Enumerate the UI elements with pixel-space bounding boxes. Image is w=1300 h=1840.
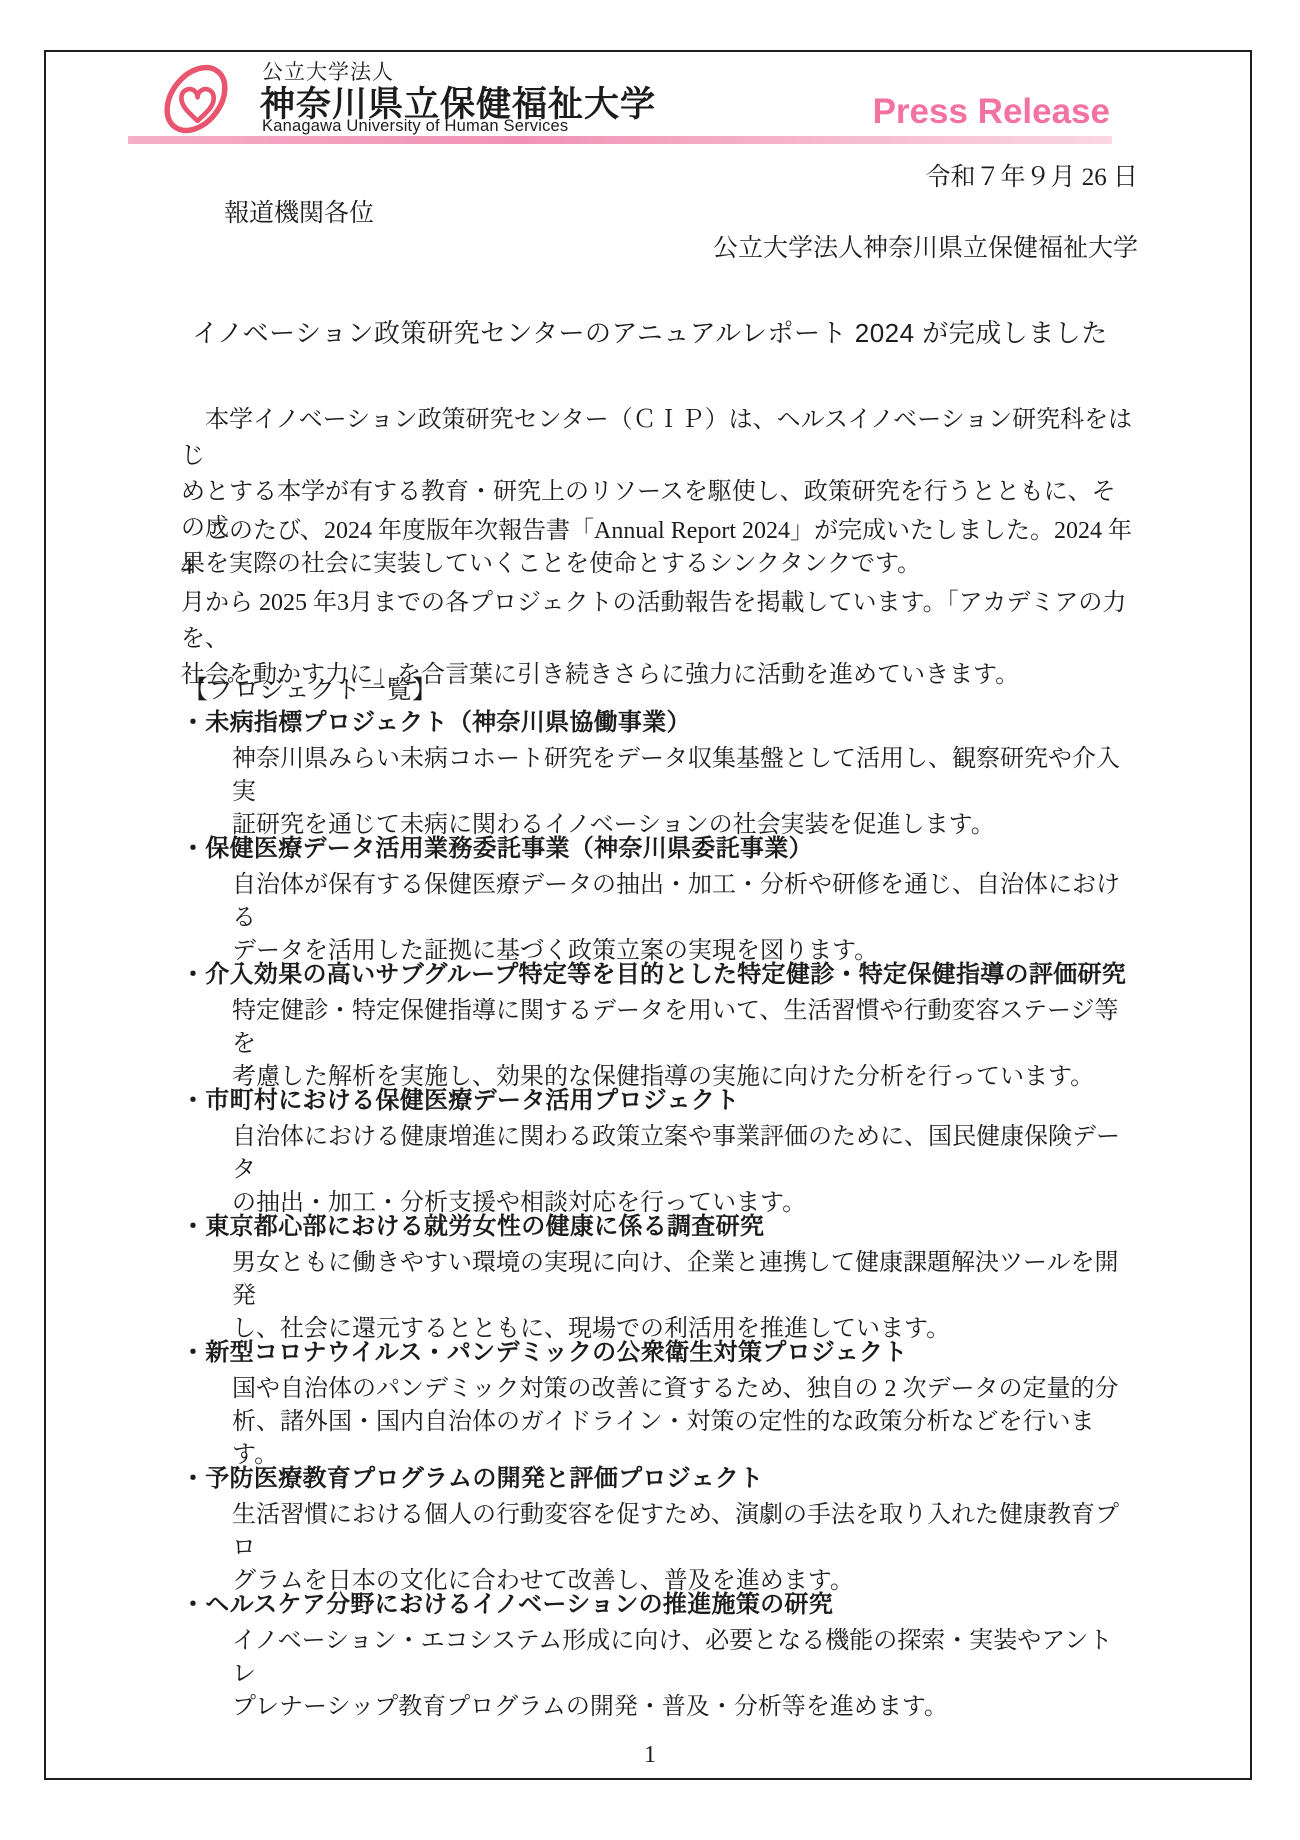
project-title: ・新型コロナウイルス・パンデミックの公衆衛生対策プロジェクト	[181, 1332, 1141, 1367]
project-item: ・保健医療データ活用業務委託事業（神奈川県委託事業） 自治体が保有する保健医療デ…	[181, 828, 1141, 968]
document-date: 令和７年９月 26 日	[925, 157, 1138, 193]
project-title: ・ヘルスケア分野におけるイノベーションの推進施策の研究	[181, 1584, 1141, 1619]
project-item: ・未病指標プロジェクト（神奈川県協働事業） 神奈川県みらい未病コホート研究をデー…	[181, 702, 1141, 842]
project-item: ・新型コロナウイルス・パンデミックの公衆衛生対策プロジェクト 国や自治体のパンデ…	[181, 1332, 1141, 1472]
sender-line: 公立大学法人神奈川県立保健福祉大学	[713, 228, 1138, 264]
project-title: ・未病指標プロジェクト（神奈川県協働事業）	[181, 702, 1141, 737]
project-description: イノベーション・エコシステム形成に向け、必要となる機能の探索・実装やアントレ プ…	[232, 1625, 1132, 1724]
project-list-heading: 【プロジェクト一覧】	[183, 670, 438, 706]
project-title: ・保健医療データ活用業務委託事業（神奈川県委託事業）	[181, 828, 1141, 863]
project-title: ・予防医療教育プログラムの開発と評価プロジェクト	[181, 1458, 1141, 1493]
body-paragraph: このたび、2024 年度版年次報告書「Annual Report 2024」が完…	[181, 513, 1139, 693]
press-release-label: Press Release	[873, 92, 1110, 132]
recipient-line: 報道機関各位	[224, 193, 374, 229]
project-title: ・市町村における保健医療データ活用プロジェクト	[181, 1080, 1141, 1115]
project-item: ・市町村における保健医療データ活用プロジェクト 自治体における健康増進に関わる政…	[181, 1080, 1141, 1220]
document-title: イノベーション政策研究センターのアニュアルレポート 2024 が完成しました	[175, 313, 1125, 350]
university-name-en: Kanagawa University of Human Services	[262, 117, 568, 136]
project-item: ・ヘルスケア分野におけるイノベーションの推進施策の研究 イノベーション・エコシス…	[181, 1584, 1141, 1724]
project-item: ・東京都心部における就労女性の健康に係る調査研究 男女ともに働きやすい環境の実現…	[181, 1206, 1141, 1346]
page-number: 1	[0, 1742, 1300, 1769]
project-item: ・介入効果の高いサブグループ特定等を目的とした特定健診・特定保健指導の評価研究 …	[181, 954, 1141, 1094]
header-accent-bar	[128, 136, 1112, 144]
heart-in-ellipse-icon	[156, 60, 236, 138]
project-title: ・東京都心部における就労女性の健康に係る調査研究	[181, 1206, 1141, 1241]
university-logo-icon	[156, 60, 236, 138]
press-release-page: 公立大学法人 神奈川県立保健福祉大学 Kanagawa University o…	[0, 0, 1300, 1840]
project-title: ・介入効果の高いサブグループ特定等を目的とした特定健診・特定保健指導の評価研究	[181, 954, 1141, 989]
project-item: ・予防医療教育プログラムの開発と評価プロジェクト 生活習慣における個人の行動変容…	[181, 1458, 1141, 1598]
